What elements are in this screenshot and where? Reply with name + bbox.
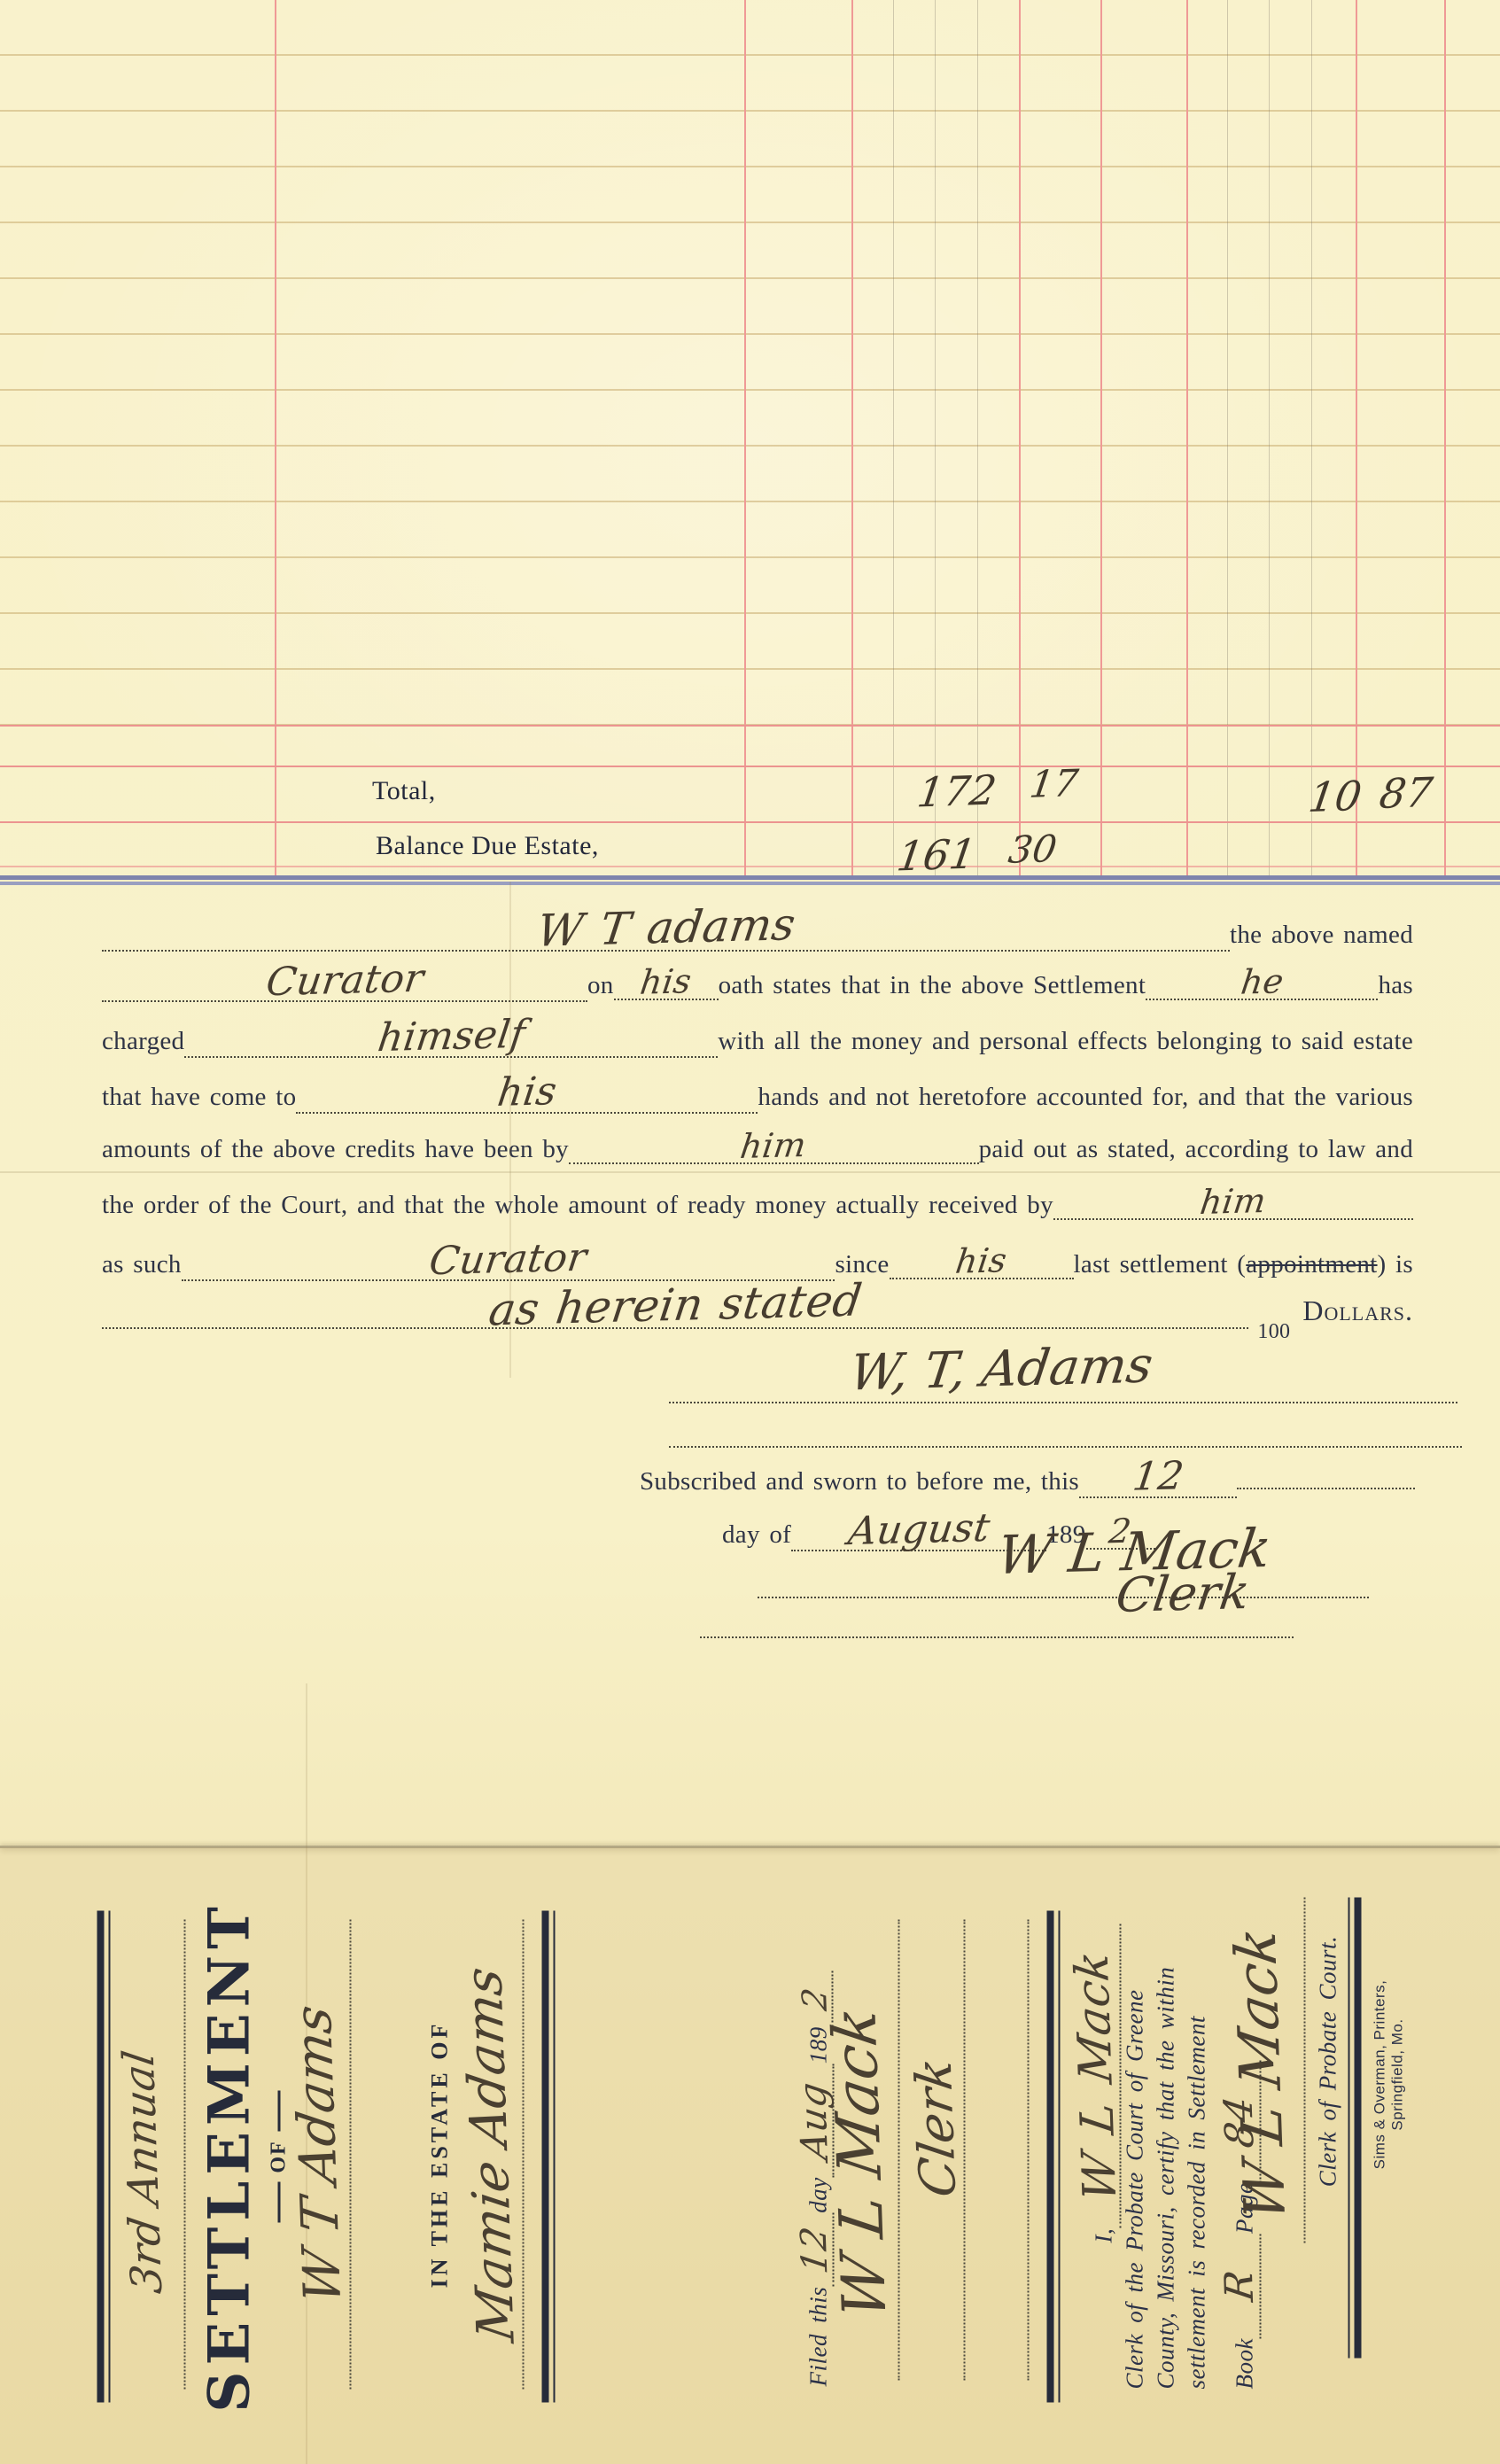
cert-line-3: settlement is recorded in Settlement [1184,1911,1211,2390]
probate-clerk-signature-handwriting: W L Mack [1226,1884,1296,2266]
estate-name-handwriting: Mamie Adams [455,1915,523,2394]
affidavit-line-assuch: as such Curator since his last settlemen… [102,1240,1413,1281]
has-text: has [1378,971,1413,1000]
probate-clerk-signature-line [1304,1898,1306,2243]
him-handwriting-1: him [739,1128,809,1163]
ledger-vertical-rule [1100,0,1102,879]
affidavit-line-name: W T adams the above named [102,906,1413,952]
filed-this-text: Filed this [805,2287,833,2387]
he-blank: he [1146,965,1378,1000]
ledger-cents-rule [1311,0,1312,879]
clerk-title-line [700,1636,1294,1638]
dollars-label: Dollars. [1302,1294,1413,1327]
subscribed-trailing-blank [1237,1488,1415,1489]
above-named-text: the above named [1230,921,1413,950]
balance-cents-handwriting: 30 [996,827,1069,873]
ledger-cents-rule [977,0,978,879]
order-text: the order of the Court, and that the who… [102,1191,1053,1220]
affidavit-line-order: the order of the Court, and that the who… [102,1185,1413,1220]
annual-dotted-line [184,1920,186,2390]
curator-signature-handwriting: W, T, Adams [749,1339,1254,1402]
on-text: on [587,971,614,1000]
his-handwriting-2: his [495,1072,559,1113]
charged-text: charged [102,1027,184,1056]
appointment-struck-text: appointment [1246,1250,1377,1279]
day-number-blank: 12 [1079,1457,1237,1498]
day-of-text: day of [722,1520,791,1550]
ledger-cents-rule [1269,0,1270,879]
ledger-horizontal-rule [0,866,1500,867]
balance-dollars-handwriting: 161 [875,829,998,882]
paper-crease-vertical [509,882,511,1378]
cover-rotated-content: 3rd Annual SETTLEMENT OF W T Adams IN TH… [0,1848,1500,2464]
amounts-rest-text: paid out as stated, according to law and [979,1135,1413,1164]
curator-name-handwriting: W T adams [534,902,798,953]
filed-clerk-signature-handwriting: W L Mack [823,1945,898,2381]
ledger-vertical-rule [1186,0,1188,879]
balance-row-label: Balance Due Estate, [376,831,599,861]
annual-number-handwriting: 3rd Annual [114,1964,171,2380]
amount-words-blank: as herein stated [102,1283,1248,1329]
subscribed-text: Subscribed and sworn to before me, this [640,1467,1079,1496]
book-label: Book [1232,2338,1259,2389]
subscribed-line: Subscribed and sworn to before me, this … [640,1457,1415,1498]
affidavit-line-amounts: amounts of the above credits have been b… [102,1129,1413,1164]
cover-mid-rule [542,1911,556,2403]
come-rest-text: hands and not heretofore accounted for, … [758,1083,1413,1112]
as-such-text: as such [102,1250,182,1279]
oath-text: oath states that in the above Settlement [719,971,1146,1000]
total-credit-dollars-handwriting: 10 [1301,772,1370,821]
cert-i-text: I, [1091,2228,1118,2243]
of-left-dash [278,2182,281,2223]
fraction-denominator: 100 [1257,1320,1290,1344]
ledger-cents-rule [935,0,936,879]
his-blank-3: his [890,1244,1074,1279]
ledger-closing-rule [0,875,1500,882]
affidavit-line-come: that have come to his hands and not here… [102,1073,1413,1114]
filed-clerk-signature-line [898,1920,900,2381]
charged-rest-text: with all the money and personal effects … [718,1027,1413,1056]
come-text: that have come to [102,1083,296,1112]
cover-curator-dotted-line [350,1920,352,2390]
book-value-handwriting: R [1220,2268,1260,2304]
curator-name-blank: W T adams [102,906,1230,952]
ledger-vertical-rule [275,0,276,879]
settlement-title: SETTLEMENT [197,1898,263,2416]
cert-line-2: County, Missouri, certify that the withi… [1153,1911,1180,2390]
blank-line [669,1446,1462,1448]
ledger-vertical-rule [1019,0,1021,879]
ledger-horizontal-rule [0,766,1500,767]
total-debit-cents-handwriting: 17 [1017,761,1090,807]
affidavit-line-dollars: as herein stated 100 Dollars. [102,1283,1413,1329]
ledger-horizontal-rule [0,821,1500,823]
docket-cover-section: 3rd Annual SETTLEMENT OF W T Adams IN TH… [0,1847,1500,2464]
is-text: ) is [1378,1250,1413,1279]
total-row-label: Total, [372,776,436,806]
role-blank-2: Curator [182,1240,835,1281]
day-number-handwriting: 12 [1131,1457,1186,1496]
ledger-horizontal-rule [0,725,1500,727]
cert-signature-blank: W L Mack [1074,1924,1122,2228]
cover-blank-dotted-line [1028,1920,1030,2381]
scanned-settlement-document: Total, Balance Due Estate, 172 17 10 87 … [0,0,1500,2464]
clerk-title-handwriting: Clerk [1051,1566,1315,1621]
his-handwriting-1: his [638,964,693,999]
his-handwriting-3: his [953,1243,1008,1278]
filed-clerk-title-handwriting: Clerk [907,1991,966,2266]
amount-words-handwriting: as herein stated [486,1279,865,1333]
last-settlement-text: last settlement ( [1074,1250,1247,1279]
cert-line-1: Clerk of the Probate Court of Greene [1122,1911,1149,2390]
ledger-cents-rule [1227,0,1228,879]
role-handwriting-2: Curator [427,1239,589,1282]
ledger-vertical-rule [1356,0,1357,879]
printer-credit-line: Sims & Overman, Printers, Springfield, M… [1372,1942,1407,2208]
him-blank-2: him [1053,1185,1413,1220]
he-handwriting: he [1239,964,1286,999]
ledger-cents-rule [893,0,894,879]
role-handwriting: Curator [263,960,425,1003]
ledger-vertical-rule [1444,0,1446,879]
his-blank-2: his [296,1073,758,1114]
total-credit-cents-handwriting: 87 [1363,767,1449,818]
paper-crease [0,1171,1500,1173]
cert-i-line: I, W L Mack [1074,1924,1122,2243]
total-debit-dollars-handwriting: 172 [896,766,1018,818]
him-handwriting-2: him [1199,1184,1269,1219]
affidavit-line-oath: Curator on his oath states that in the a… [102,961,1413,1002]
cover-curator-name-handwriting: W T Adams [284,1915,351,2394]
ledger-vertical-rule [851,0,853,879]
filed-clerk-title-line [964,1920,966,2381]
amounts-text: amounts of the above credits have been b… [102,1135,569,1164]
cover-top-rule [97,1911,111,2403]
ledger-ruled-lines [0,0,1500,767]
cover-cert-rule [1047,1911,1061,2403]
ledger-vertical-rule [744,0,746,879]
estate-name-dotted-line [523,1920,525,2390]
cert-signature-handwriting: W L Mack [1069,1948,1124,2204]
himself-handwriting: himself [375,1015,527,1058]
cover-bottom-rule [1348,1898,1362,2359]
him-blank-1: him [569,1129,979,1164]
signature-line [669,1402,1457,1403]
in-estate-of-label: IN THE ESTATE OF [427,1920,454,2390]
of-right-dash [278,2090,281,2131]
role-blank: Curator [102,961,587,1002]
affidavit-line-charged: charged himself with all the money and p… [102,1017,1413,1058]
himself-blank: himself [184,1017,718,1058]
probate-clerk-title: Clerk of Probate Court. [1315,1907,1342,2217]
his-blank-1: his [614,965,719,1000]
